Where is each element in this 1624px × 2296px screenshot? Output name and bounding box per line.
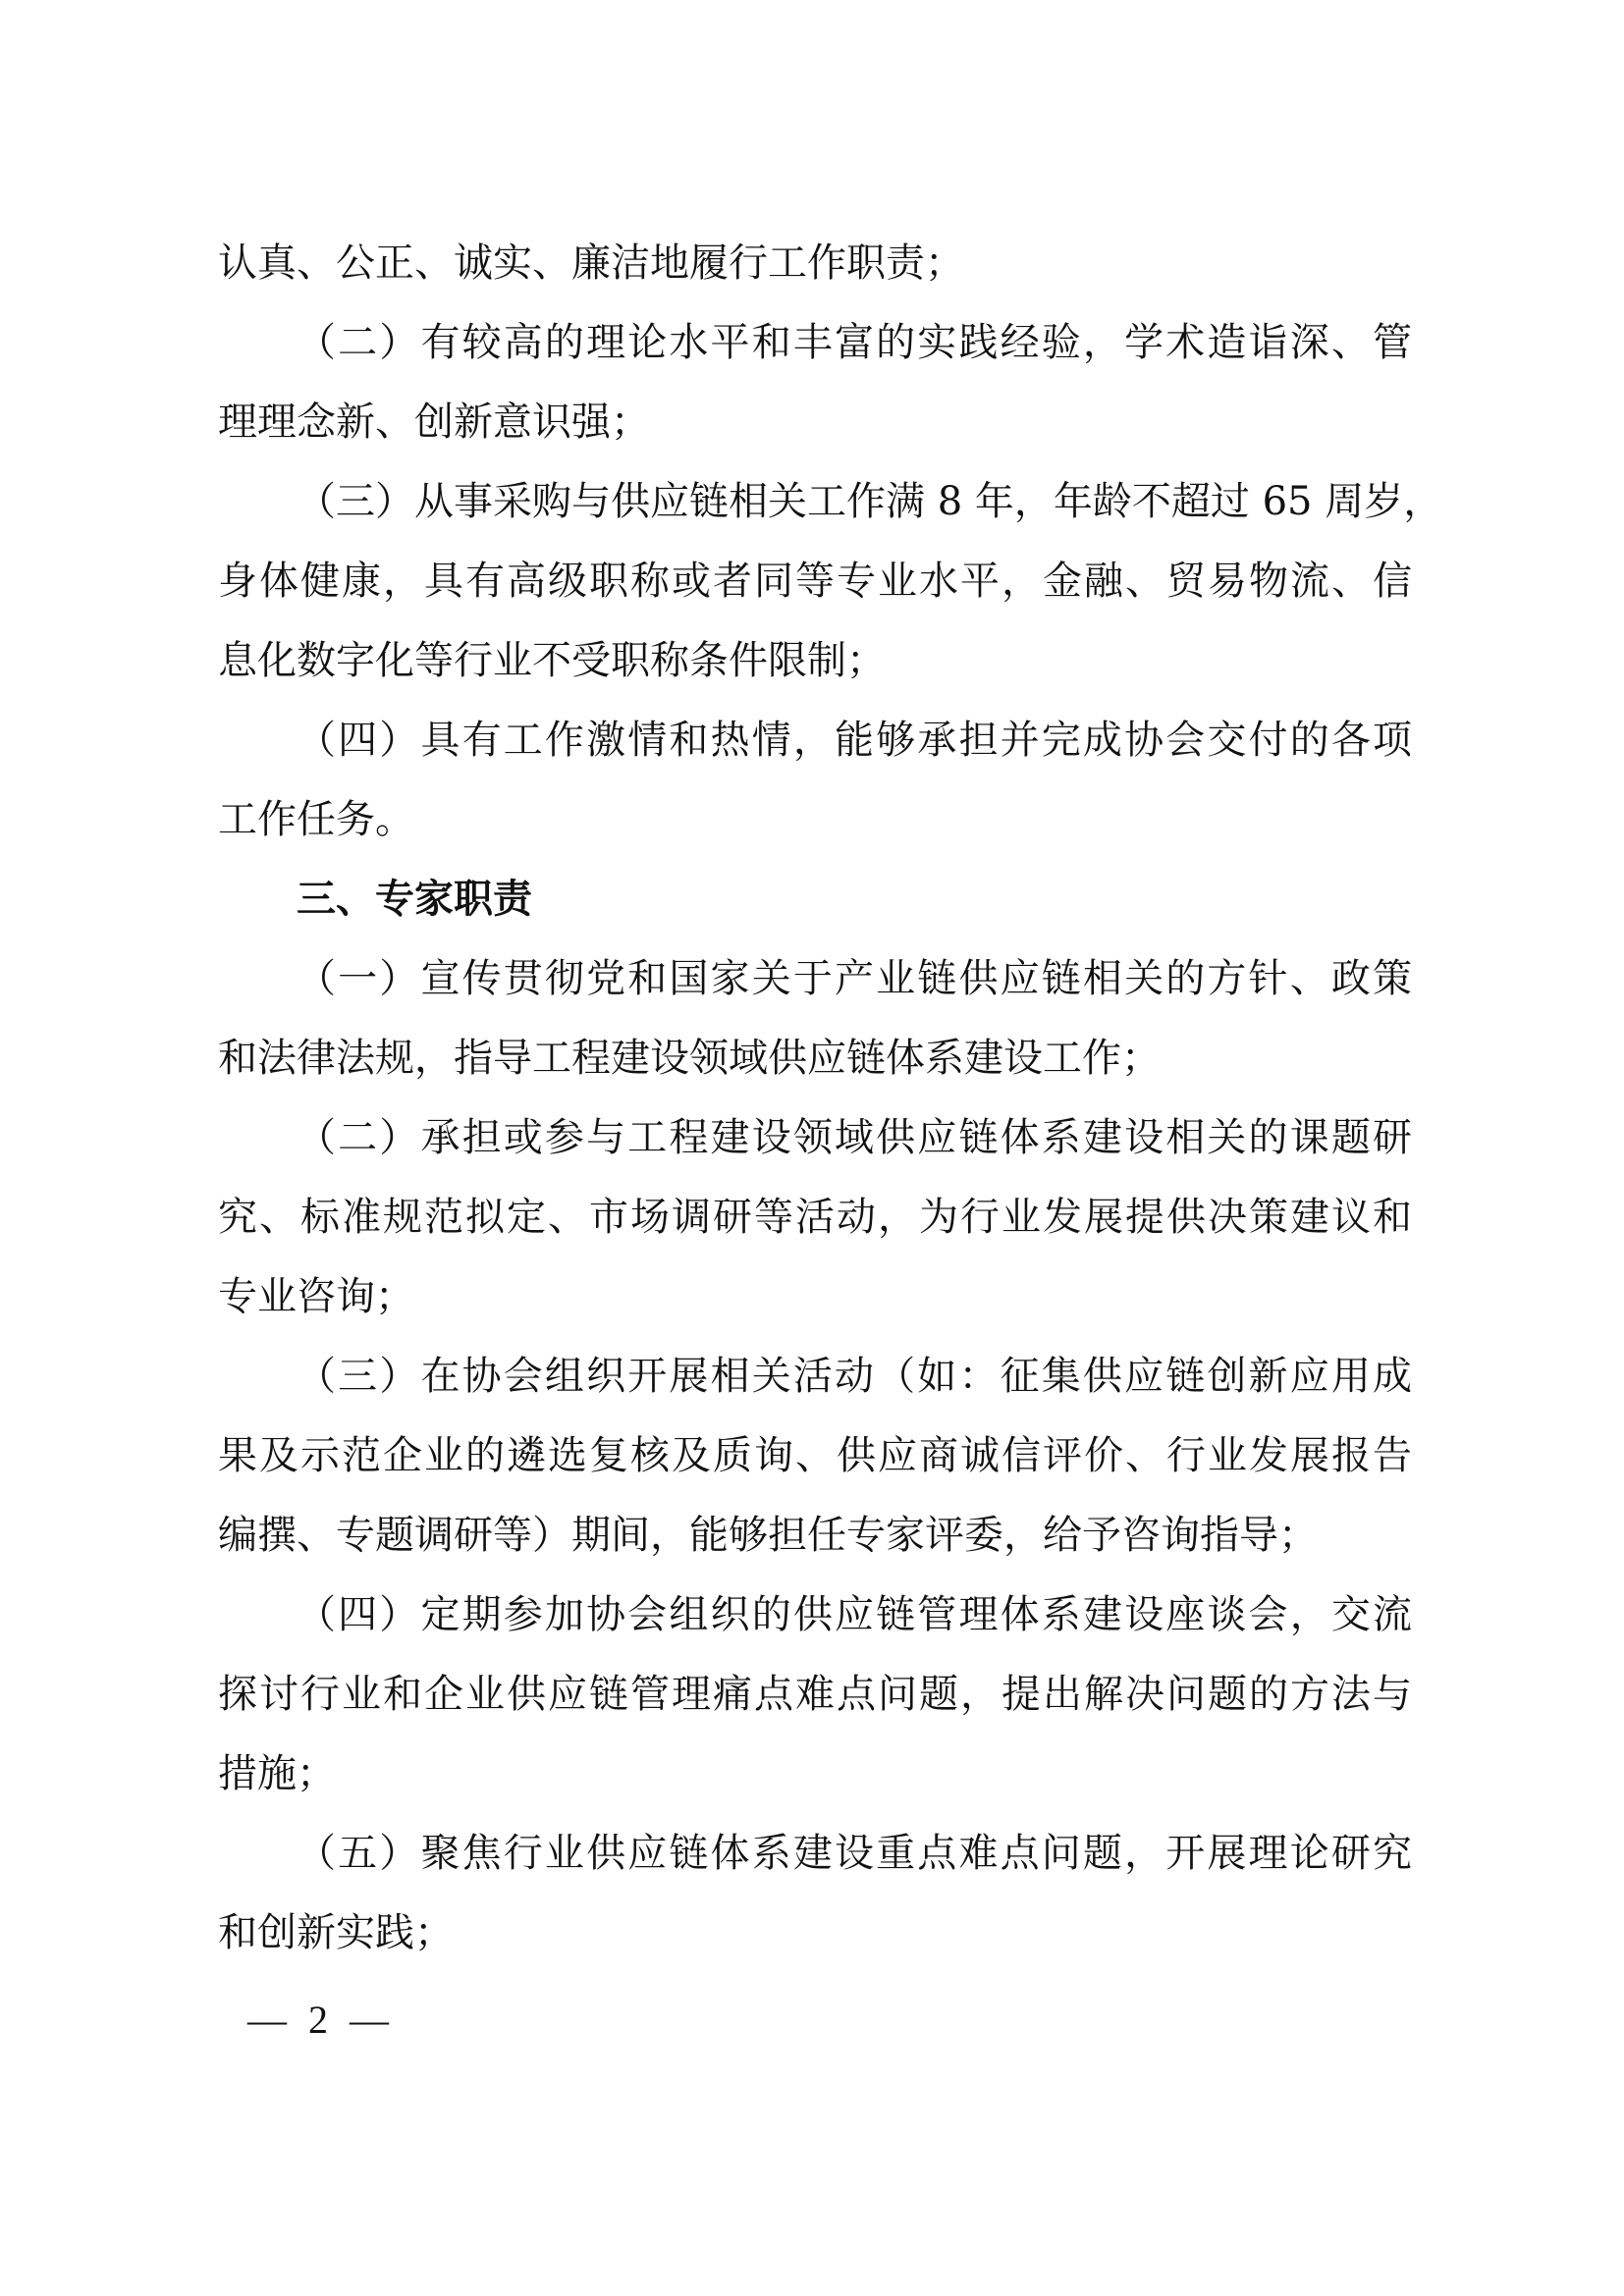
paragraph-line: （二）承担或参与工程建设领域供应链体系建设相关的课题研 <box>218 1098 1412 1178</box>
section-heading: 三、专家职责 <box>218 860 1412 939</box>
paragraph-line: 措施； <box>218 1735 1412 1814</box>
paragraph-line: （五）聚焦行业供应链体系建设重点难点问题，开展理论研究 <box>218 1814 1412 1894</box>
paragraph-line: 和法律法规，指导工程建设领域供应链体系建设工作； <box>218 1019 1412 1098</box>
paragraph-line: 理理念新、创新意识强； <box>218 383 1412 462</box>
paragraph-line: （三）在协会组织开展相关活动（如：征集供应链创新应用成 <box>218 1337 1412 1416</box>
paragraph-line: 身体健康，具有高级职称或者同等专业水平，金融、贸易物流、信 <box>218 542 1412 621</box>
paragraph-line: 认真、公正、诚实、廉洁地履行工作职责； <box>218 224 1412 303</box>
paragraph-line: 工作任务。 <box>218 780 1412 860</box>
paragraph-line: （一）宣传贯彻党和国家关于产业链供应链相关的方针、政策 <box>218 939 1412 1019</box>
paragraph-line: 究、标准规范拟定、市场调研等活动，为行业发展提供决策建议和 <box>218 1178 1412 1257</box>
page-number: — 2 — <box>247 1993 395 2048</box>
paragraph-line: 专业咨询； <box>218 1257 1412 1337</box>
paragraph-line: 息化数字化等行业不受职称条件限制； <box>218 621 1412 701</box>
paragraph-line: （三）从事采购与供应链相关工作满 8 年，年龄不超过 65 周岁， <box>218 462 1412 542</box>
paragraph-line: （四）具有工作激情和热情，能够承担并完成协会交付的各项 <box>218 701 1412 780</box>
paragraph-line: 探讨行业和企业供应链管理痛点难点问题，提出解决问题的方法与 <box>218 1655 1412 1735</box>
paragraph-line: 和创新实践； <box>218 1894 1412 1973</box>
document-body: 认真、公正、诚实、廉洁地履行工作职责； （二）有较高的理论水平和丰富的实践经验，… <box>218 224 1412 1973</box>
paragraph-line: 编撰、专题调研等）期间，能够担任专家评委，给予咨询指导； <box>218 1496 1412 1575</box>
paragraph-line: （二）有较高的理论水平和丰富的实践经验，学术造诣深、管 <box>218 303 1412 383</box>
paragraph-line: （四）定期参加协会组织的供应链管理体系建设座谈会，交流 <box>218 1575 1412 1655</box>
paragraph-line: 果及示范企业的遴选复核及质询、供应商诚信评价、行业发展报告 <box>218 1416 1412 1496</box>
